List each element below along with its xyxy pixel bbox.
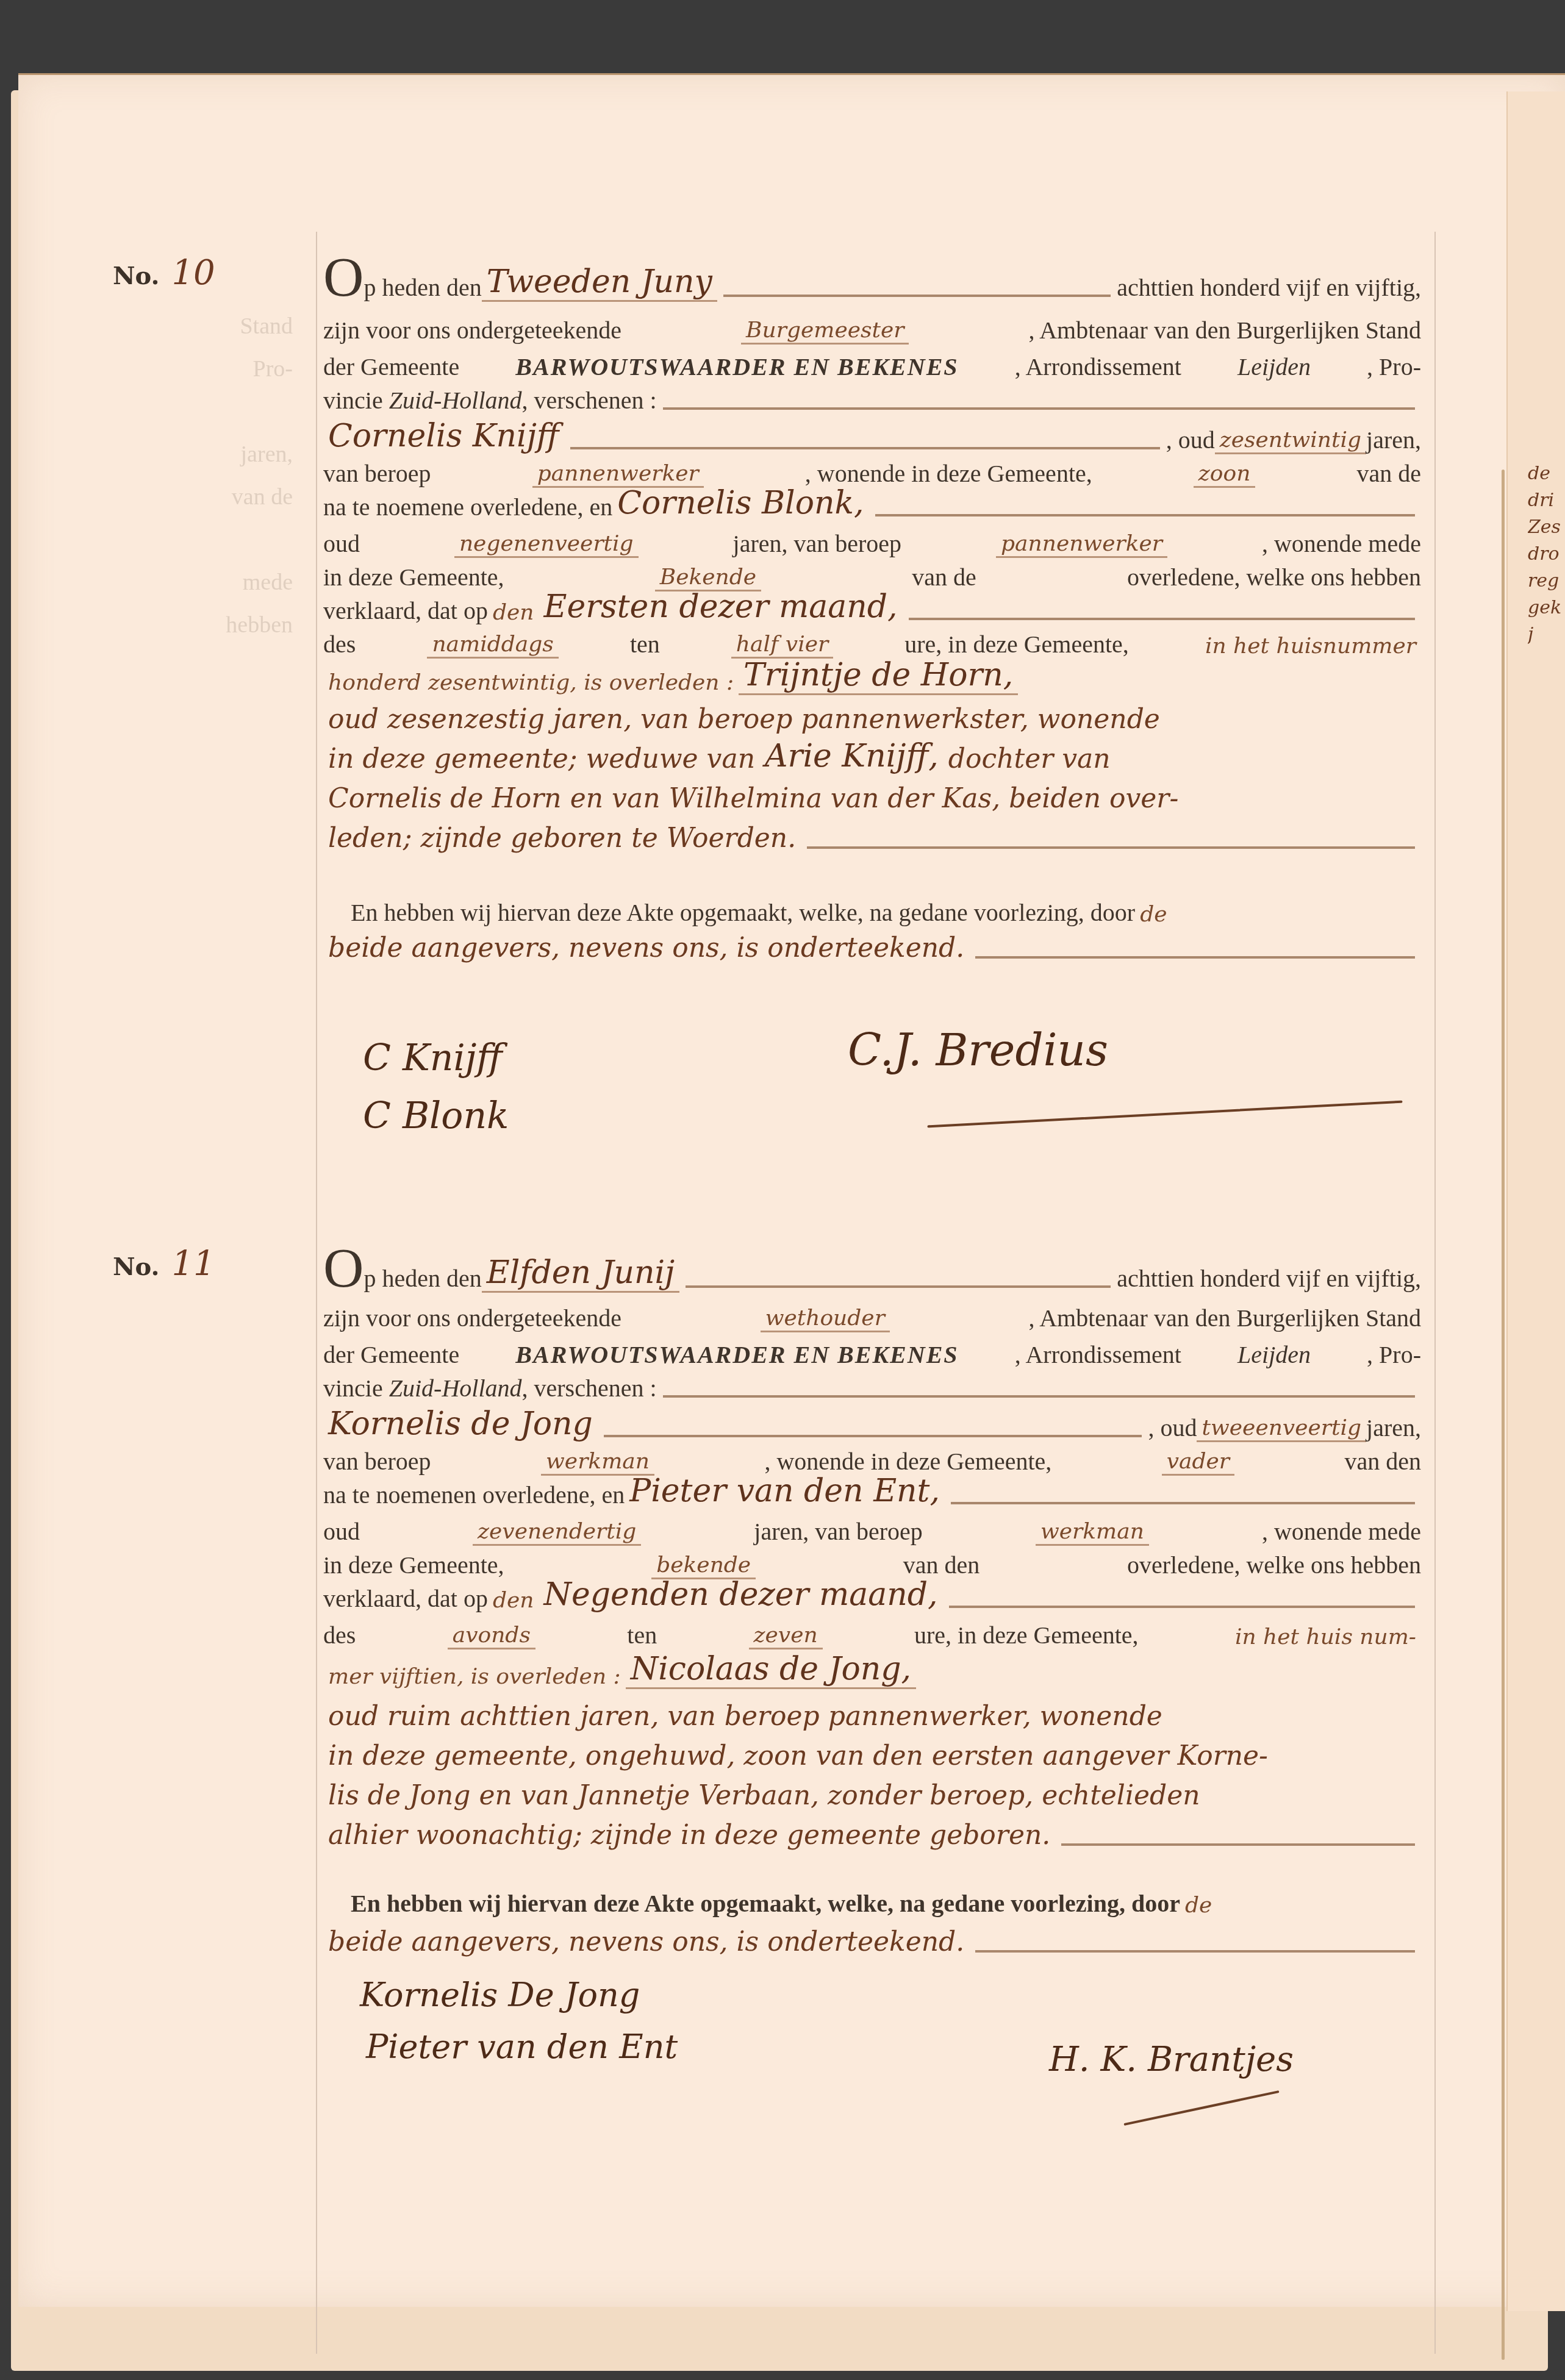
- bleed-line: Stand: [91, 305, 293, 348]
- handwritten-text: de: [1180, 1893, 1217, 1918]
- line-birthplace: alhier woonachtig; zijnde in deze gemeen…: [323, 1808, 1421, 1851]
- line-province: vincie Zuid-Holland , verschenen :: [323, 372, 1421, 415]
- signature-declarant-2: C Blonk: [363, 1095, 509, 1137]
- line-deceased: honderd zesentwintig, is overleden : Tri…: [323, 652, 1421, 695]
- printed-text: des: [323, 1621, 356, 1649]
- deceased-name: Nicolaas de Jong,: [626, 1651, 916, 1689]
- next-page-edge: [1506, 91, 1565, 2311]
- margin-note-line: dro: [1528, 541, 1564, 568]
- bleed-line: van de: [91, 476, 293, 518]
- handwritten-text: beide aangevers, nevens ons, is ondertee…: [323, 932, 969, 963]
- handwritten-text: honderd zesentwintig, is overleden :: [323, 670, 739, 695]
- op-heden-den: Op heden den: [323, 256, 482, 302]
- record-number: No.10: [113, 253, 215, 293]
- handwritten-text: beide aangevers, nevens ons, is ondertee…: [323, 1926, 969, 1957]
- signature-declarant-1: Kornelis De Jong: [360, 1976, 640, 2014]
- line-deceased-parents: lis de Jong en van Jannetje Verbaan, zon…: [323, 1768, 1421, 1811]
- margin-note-line: j: [1528, 621, 1564, 648]
- line-deceased-details: oud ruim achttien jaren, van beroep pann…: [323, 1689, 1421, 1732]
- fill-line: [686, 1285, 1111, 1288]
- fill-line: [975, 1950, 1415, 1953]
- margin-note-line: reg: [1528, 568, 1564, 595]
- printed-text: , verschenen :: [522, 1374, 657, 1403]
- handwritten-text: dochter van: [944, 743, 1116, 774]
- line-deceased-parents: Cornelis de Horn en van Wilhelmina van d…: [323, 771, 1421, 814]
- handwritten-text: lis de Jong en van Jannetje Verbaan, zon…: [323, 1780, 1205, 1811]
- handwritten-text: Cornelis de Horn en van Wilhelmina van d…: [323, 783, 1183, 814]
- record-number: No.11: [113, 1244, 215, 1284]
- bleed-line: hebben: [91, 604, 293, 646]
- line-province: vincie Zuid-Holland , verschenen :: [323, 1360, 1421, 1403]
- bleed-line: jaren,: [91, 433, 293, 476]
- handwritten-text: oud ruim achttien jaren, van beroep pann…: [323, 1701, 1167, 1732]
- handwritten-text: leden; zijnde geboren te Woerden.: [323, 823, 801, 854]
- printed-year: achttien honderd vijf en vijftig,: [1117, 273, 1421, 302]
- line-deceased: mer vijftien, is overleden : Nicolaas de…: [323, 1646, 1421, 1689]
- handwritten-text: mer vijftien, is overleden :: [323, 1664, 626, 1689]
- line-deceased-spouse: in deze gemeente; weduwe van Arie Knijff…: [323, 732, 1421, 774]
- line-closing: En hebben wij hiervan deze Akte opgemaak…: [351, 1875, 1421, 1918]
- death-hour: zeven: [749, 1623, 823, 1649]
- death-daypart: avonds: [448, 1623, 535, 1649]
- province-name: Zuid-Holland: [389, 1374, 522, 1403]
- printed-text: En hebben wij hiervan deze Akte opgemaak…: [351, 1889, 1180, 1918]
- binding-thread: [1502, 470, 1505, 2360]
- printed-year: achttien honderd vijf en vijftig,: [1117, 1264, 1421, 1293]
- number-label: No.: [113, 262, 159, 290]
- line-closing-2: beide aangevers, nevens ons, is ondertee…: [323, 1915, 1421, 1957]
- line-closing-2: beide aangevers, nevens ons, is ondertee…: [323, 921, 1421, 963]
- bleed-through-text: Stand Pro- jaren, van de mede hebben: [91, 305, 293, 646]
- handwritten-text: alhier woonachtig; zijnde in deze gemeen…: [323, 1820, 1055, 1851]
- fill-line: [807, 846, 1415, 849]
- fill-line: [975, 956, 1415, 959]
- line-date: Op heden den Elfden Junij achttien honde…: [323, 1250, 1421, 1293]
- signature-declarant-2: Pieter van den Ent: [366, 2028, 678, 2066]
- line-birthplace: leden; zijnde geboren te Woerden.: [323, 811, 1421, 854]
- signature-declarant-1: C Knijff: [363, 1037, 503, 1079]
- line-deceased-details: oud zesenzestig jaren, van beroep pannen…: [323, 692, 1421, 735]
- spouse-name: Arie Knijff,: [760, 738, 944, 774]
- left-margin-rule: [316, 232, 317, 2354]
- printed-text: ure, in deze Gemeente,: [914, 1621, 1139, 1649]
- handwritten-text: in deze gemeente, ongehuwd, zoon van den…: [323, 1740, 1273, 1771]
- handwritten-text: oud zesenzestig jaren, van beroep pannen…: [323, 704, 1165, 735]
- number-value: 11: [171, 1244, 215, 1284]
- margin-note-line: Zes: [1528, 514, 1564, 541]
- handwritten-date: Tweeden Juny: [482, 263, 717, 302]
- bleed-line: Pro-: [91, 348, 293, 390]
- line-deceased-status: in deze gemeente, ongehuwd, zoon van den…: [323, 1729, 1421, 1771]
- printed-text: vincie: [323, 1374, 383, 1403]
- margin-note-line: dri: [1528, 487, 1564, 514]
- signature-official: H. K. Brantjes: [1049, 2040, 1294, 2079]
- fill-line: [723, 295, 1111, 297]
- right-margin-rule: [1434, 232, 1436, 2354]
- margin-note-line: gek: [1528, 595, 1564, 621]
- fill-line: [663, 1395, 1415, 1398]
- bleed-line: mede: [91, 561, 293, 604]
- handwritten-date: Elfden Junij: [482, 1254, 680, 1293]
- deceased-name: Trijntje de Horn,: [739, 657, 1018, 695]
- number-label: No.: [113, 1253, 159, 1281]
- handwritten-text: in deze gemeente; weduwe van: [323, 743, 760, 774]
- margin-note: de dri Zes dro reg gek j: [1528, 460, 1564, 648]
- signature-official: C.J. Bredius: [848, 1024, 1108, 1076]
- line-death-time: des avonds ten zeven ure, in deze Gemeen…: [323, 1607, 1421, 1649]
- printed-text: vincie: [323, 386, 383, 415]
- printed-text: , verschenen :: [522, 386, 657, 415]
- line-date: Op heden den Tweeden Juny achttien honde…: [323, 259, 1421, 302]
- province-name: Zuid-Holland: [389, 386, 522, 415]
- fill-line: [663, 407, 1415, 410]
- fill-line: [1061, 1843, 1415, 1846]
- printed-text: ten: [627, 1621, 657, 1649]
- number-value: 10: [171, 253, 215, 293]
- margin-note-line: de: [1528, 460, 1564, 487]
- op-heden-den: Op heden den: [323, 1246, 482, 1293]
- death-place: in het huis num-: [1230, 1624, 1421, 1649]
